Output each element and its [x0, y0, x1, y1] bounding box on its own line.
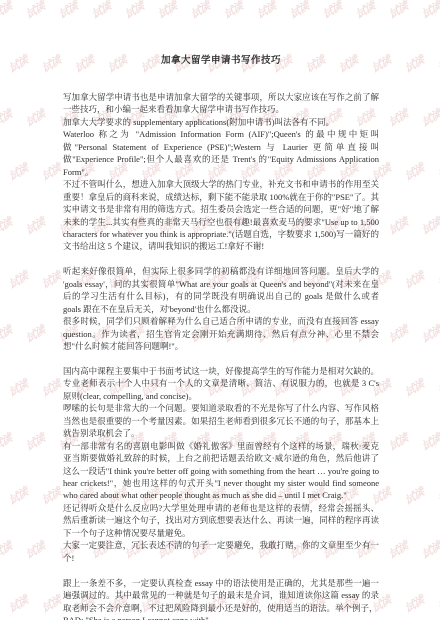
- watermark-mark: 试读: [56, 0, 79, 23]
- watermark-mark: 试读: [89, 0, 112, 23]
- watermark-mark: 试读: [6, 483, 29, 509]
- watermark-mark: 试读: [6, 591, 29, 617]
- watermark-mark: 试读: [23, 105, 46, 131]
- watermark-mark: 试读: [287, 0, 310, 23]
- paragraph: 还记得听众是什么反应吗?大学里处理申请的老师也是这样的表情，经常会摇摇头、然后重…: [63, 502, 379, 539]
- watermark-mark: 试读: [39, 375, 62, 401]
- watermark-mark: 试读: [39, 159, 62, 185]
- watermark-mark: 试读: [39, 591, 62, 617]
- document-title: 加拿大留学申请书写作技巧: [63, 52, 379, 66]
- watermark-mark: 试读: [386, 429, 409, 455]
- watermark-mark: 试读: [0, 429, 14, 455]
- watermark-mark: 试读: [155, 0, 178, 23]
- paragraph: 跟上一条差不多，一定要认真检查 essay 中的语法使用是正确的，尤其是那些一遍…: [63, 577, 379, 614]
- watermark-mark: 试读: [122, 0, 145, 23]
- watermark-mark: 试读: [402, 483, 425, 509]
- watermark-mark: 试读: [0, 213, 14, 239]
- watermark-mark: 试读: [402, 375, 425, 401]
- paragraph: Waterloo 称之为 "Admission Information Form…: [63, 128, 379, 178]
- watermark-mark: 试读: [39, 51, 62, 77]
- watermark-mark: 试读: [0, 537, 14, 563]
- paragraph: 啰嗦的长句是非常大的一个问题。要知道录取看的不光是你写了什么内容、写作风格当然也…: [63, 402, 379, 439]
- watermark-mark: 试读: [254, 0, 277, 23]
- watermark-mark: 试读: [6, 51, 29, 77]
- watermark-mark: 试读: [435, 483, 440, 509]
- watermark-mark: 试读: [23, 537, 46, 563]
- watermark-mark: 试读: [419, 213, 440, 239]
- watermark-mark: 试读: [402, 591, 425, 617]
- watermark-mark: 试读: [435, 375, 440, 401]
- document-content: 加拿大留学申请书写作技巧 写加拿大留学申请书也是申请加拿大留学的关键事项，所以大…: [63, 52, 379, 620]
- watermark-mark: 试读: [39, 483, 62, 509]
- document-page: 试读试读试读试读试读试读试读试读试读试读试读试读试读试读试读试读试读试读试读试读…: [0, 0, 440, 620]
- paragraph: 听起来好像很简单，但实际上很多同学的初稿都没有详细地回答问题。皇后大学的 'go…: [63, 265, 379, 315]
- watermark-mark: 试读: [435, 51, 440, 77]
- watermark-mark: 试读: [402, 267, 425, 293]
- watermark-mark: 试读: [23, 0, 46, 23]
- paragraph: 大家一定要注意，冗长表述不清的句子一定要避免，我敢打赌，你的文章里至少有一个!: [63, 539, 379, 564]
- paragraph: 有一部非常有名的喜剧电影叫做《婚礼傲客》里面曾经有个这样的场景，瑞秋·麦克亚当斯…: [63, 440, 379, 502]
- watermark-mark: 试读: [0, 321, 14, 347]
- watermark-mark: 试读: [23, 213, 46, 239]
- watermark-mark: 试读: [353, 0, 376, 23]
- watermark-mark: 试读: [419, 0, 440, 23]
- watermark-mark: 试读: [386, 537, 409, 563]
- watermark-mark: 试读: [386, 105, 409, 131]
- paragraph: 写加拿大留学申请书也是申请加拿大留学的关键事项，所以大家应该在写作之前了解一些技…: [63, 91, 379, 116]
- paragraph: 很多时候，同学们只顾着解释为什么自己适合所申请的专业，而没有直接回答 essay…: [63, 315, 379, 352]
- paragraph: 加拿大大学要求的 supplementary applications(附加申请…: [63, 116, 379, 128]
- watermark-mark: 试读: [386, 321, 409, 347]
- document-body: 写加拿大留学申请书也是申请加拿大留学的关键事项，所以大家应该在写作之前了解一些技…: [63, 91, 379, 620]
- watermark-mark: 试读: [419, 429, 440, 455]
- paragraph: 不过不管叫什么，想进入加拿大顶级大学的热门专业，补充文书和申请书的作用至关重要！…: [63, 178, 379, 253]
- watermark-mark: 试读: [23, 429, 46, 455]
- watermark-mark: 试读: [419, 321, 440, 347]
- watermark-mark: 试读: [0, 0, 14, 23]
- watermark-mark: 试读: [435, 159, 440, 185]
- watermark-mark: 试读: [402, 51, 425, 77]
- watermark-mark: 试读: [419, 105, 440, 131]
- paragraph: BAD: "She is a person I cannot cope with…: [63, 614, 379, 620]
- watermark-mark: 试读: [435, 591, 440, 617]
- watermark-mark: 试读: [320, 0, 343, 23]
- watermark-mark: 试读: [39, 267, 62, 293]
- watermark-mark: 试读: [188, 0, 211, 23]
- watermark-mark: 试读: [435, 267, 440, 293]
- watermark-mark: 试读: [419, 537, 440, 563]
- watermark-mark: 试读: [23, 321, 46, 347]
- watermark-mark: 试读: [221, 0, 244, 23]
- watermark-mark: 试读: [386, 0, 409, 23]
- paragraph: 国内高中课程主要集中于书面考试这一块，好像提高学生的写作能力是相对欠缺的。专业老…: [63, 365, 379, 402]
- watermark-mark: 试读: [6, 267, 29, 293]
- watermark-mark: 试读: [402, 159, 425, 185]
- watermark-mark: 试读: [6, 159, 29, 185]
- watermark-mark: 试读: [386, 213, 409, 239]
- watermark-mark: 试读: [6, 375, 29, 401]
- watermark-mark: 试读: [0, 105, 14, 131]
